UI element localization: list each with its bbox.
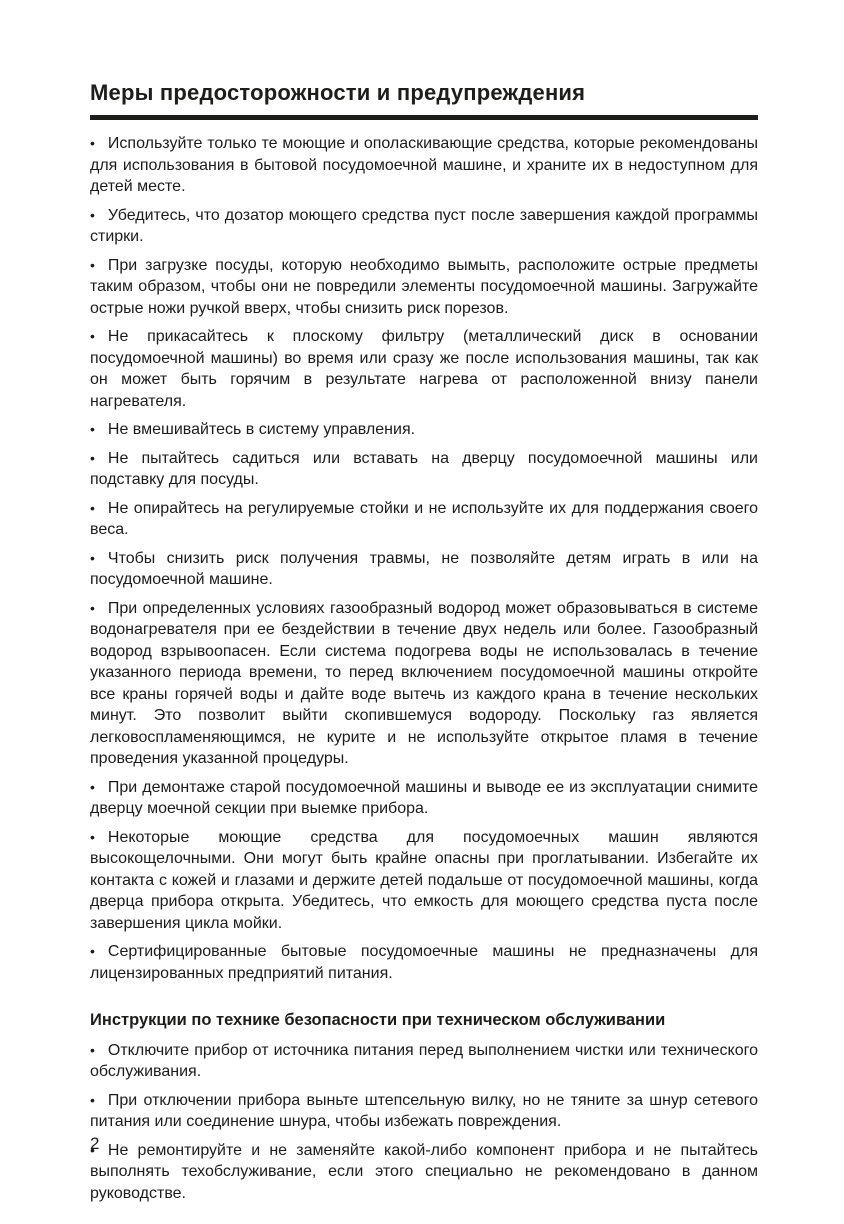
bullet-item: •При демонтаже старой посудомоечной маши… [90,777,758,820]
bullet-icon: • [90,498,108,520]
bullet-item: •Не опирайтесь на регулируемые стойки и … [90,498,758,541]
bullet-item: •Сертифицированные бытовые посудомоечные… [90,941,758,984]
bullet-text: При отключении прибора выньте штепсельну… [90,1092,758,1131]
bullet-item: •При отключении прибора выньте штепсельн… [90,1090,758,1133]
bullet-text: Не ремонтируйте и не заменяйте какой-либ… [90,1142,758,1202]
bullet-text: Не прикасайтесь к плоскому фильтру (мета… [90,328,758,410]
manual-page: Меры предосторожности и предупреждения •… [0,0,844,1224]
bullet-text: Сертифицированные бытовые посудомоечные … [90,943,758,982]
bullet-icon: • [90,205,108,227]
page-content: Меры предосторожности и предупреждения •… [90,80,758,1211]
bullet-icon: • [90,548,108,570]
bullet-text: Отключите прибор от источника питания пе… [90,1042,758,1081]
bullet-text: Не пытайтесь садиться или вставать на дв… [90,450,758,489]
bullet-text: Убедитесь, что дозатор моющего средства … [90,207,758,246]
maintenance-safety-heading: Инструкции по технике безопасности при т… [90,1010,758,1031]
bullet-text: Не опирайтесь на регулируемые стойки и н… [90,500,758,539]
bullet-icon: • [90,827,108,849]
bullet-text: При загрузке посуды, которую необходимо … [90,257,758,317]
bullet-item: •Отключите прибор от источника питания п… [90,1040,758,1083]
bullet-text: Некоторые моющие средства для посудомоеч… [90,829,758,932]
bullet-icon: • [90,777,108,799]
bullet-icon: • [90,133,108,155]
bullet-item: •Не ремонтируйте и не заменяйте какой-ли… [90,1140,758,1205]
bullet-item: •Используйте только те моющие и ополаски… [90,133,758,198]
bullet-text: Используйте только те моющие и ополаскив… [90,135,758,195]
bullet-icon: • [90,448,108,470]
title-rule [90,115,758,120]
bullet-icon: • [90,598,108,620]
page-title: Меры предосторожности и предупреждения [90,80,758,106]
bullet-item: •При определенных условиях газообразный … [90,598,758,770]
bullet-item: •Чтобы снизить риск получения травмы, не… [90,548,758,591]
bullet-text: При определенных условиях газообразный в… [90,600,758,768]
maintenance-safety-section: Инструкции по технике безопасности при т… [90,1010,758,1204]
bullet-icon: • [90,419,108,441]
bullet-icon: • [90,255,108,277]
safety-warnings-section: •Используйте только те моющие и ополаски… [90,133,758,984]
bullet-icon: • [90,941,108,963]
bullet-icon: • [90,1040,108,1062]
bullet-text: Чтобы снизить риск получения травмы, не … [90,550,758,589]
bullet-item: •Не прикасайтесь к плоскому фильтру (мет… [90,326,758,412]
bullet-item: •Убедитесь, что дозатор моющего средства… [90,205,758,248]
bullet-icon: • [90,1090,108,1112]
bullet-text: При демонтаже старой посудомоечной машин… [90,779,758,818]
page-number: 2 [90,1134,99,1154]
bullet-item: •Некоторые моющие средства для посудомое… [90,827,758,935]
bullet-icon: • [90,326,108,348]
bullet-text: Не вмешивайтесь в систему управления. [108,421,415,438]
bullet-item: •При загрузке посуды, которую необходимо… [90,255,758,320]
bullet-item: •Не вмешивайтесь в систему управления. [90,419,758,441]
bullet-item: •Не пытайтесь садиться или вставать на д… [90,448,758,491]
